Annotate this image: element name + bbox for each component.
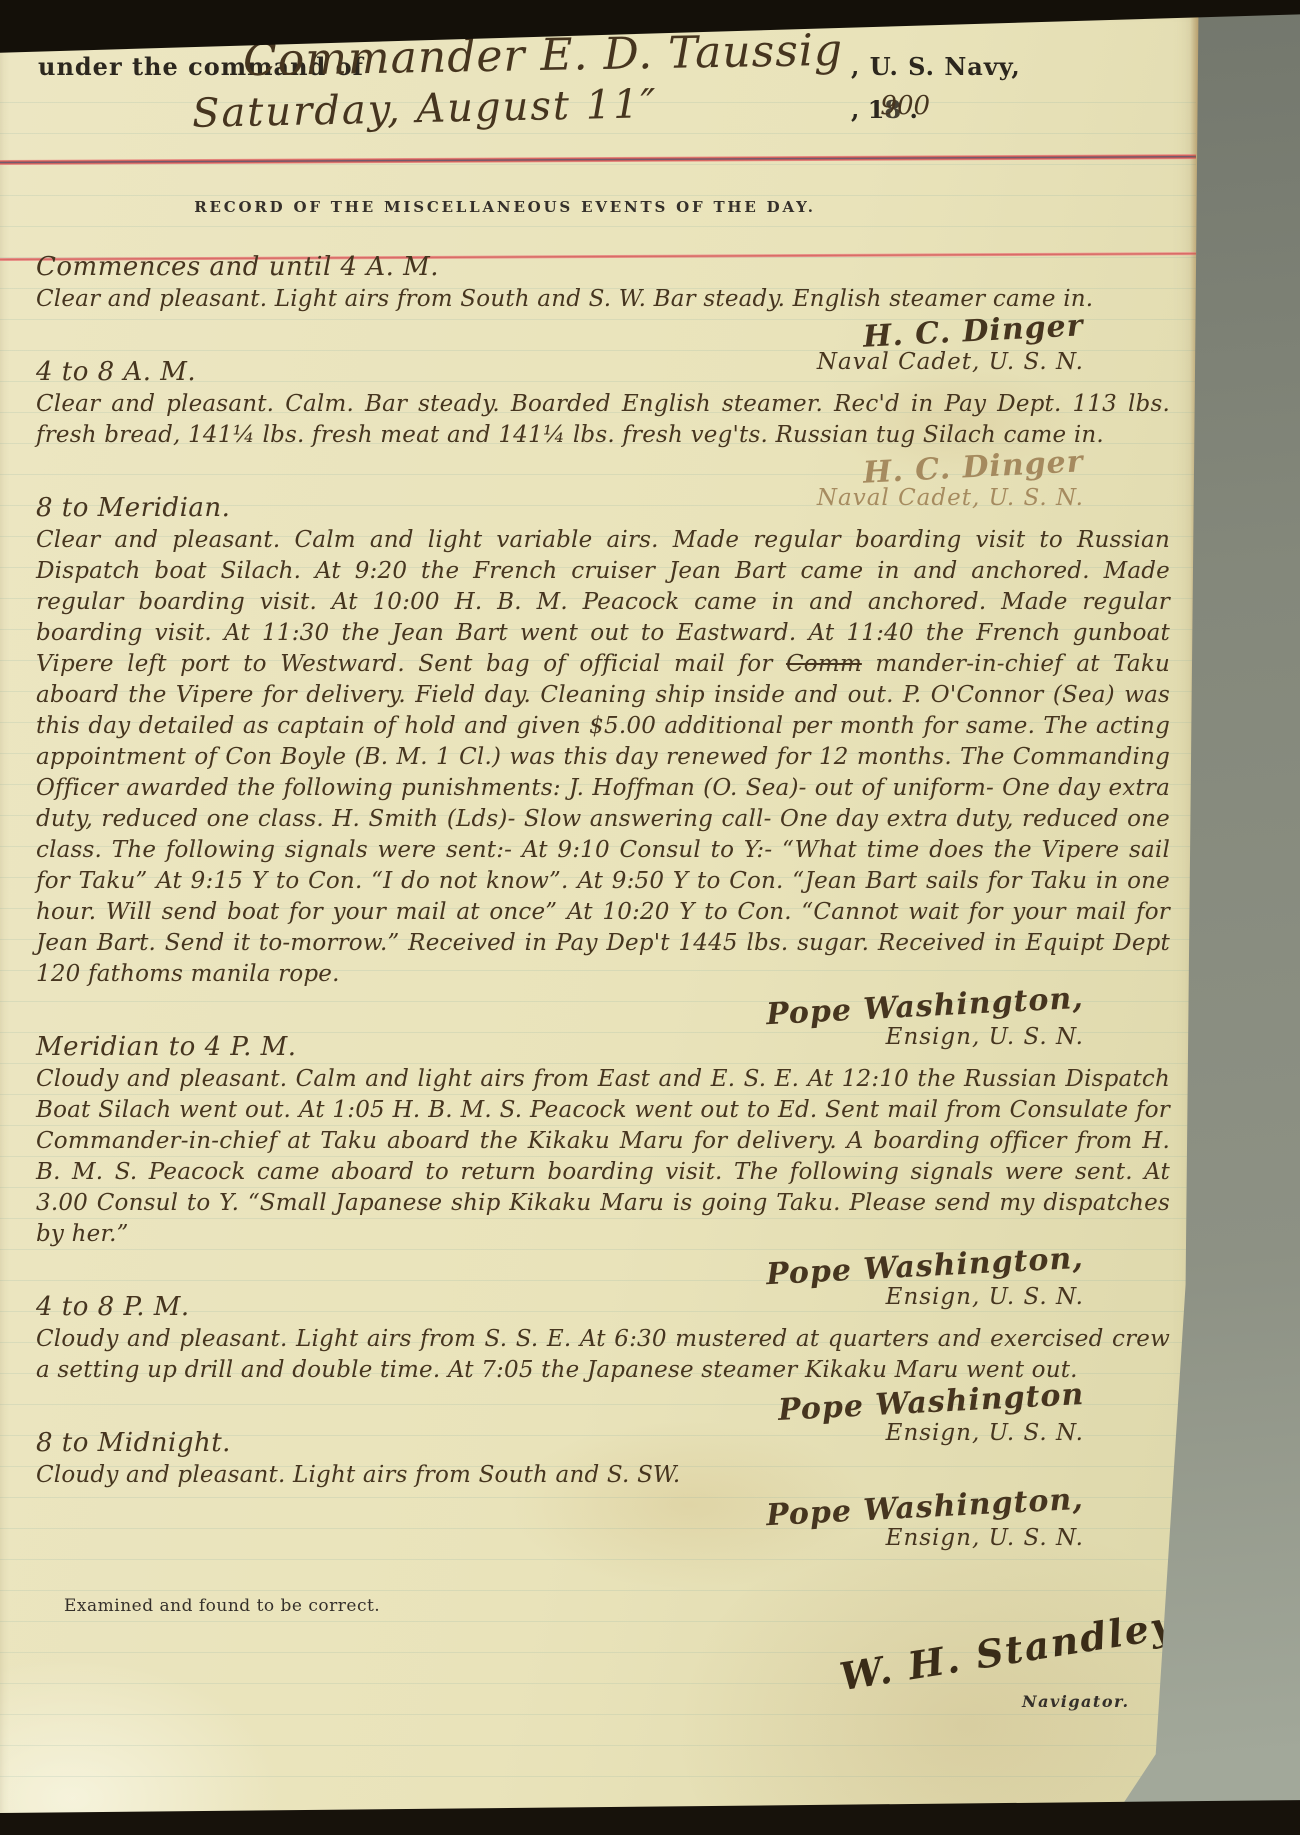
signature-title: Ensign, U. S. N.	[36, 1524, 1084, 1552]
entry-body: Clear and pleasant. Light airs from Sout…	[36, 284, 1170, 315]
navigator-title: Navigator.	[1022, 1692, 1130, 1711]
log-entry-4-to-8am: 4 to 8 A. M. Clear and pleasant. Calm. B…	[36, 355, 1170, 512]
year-field: , 18900 .	[851, 95, 918, 124]
log-entry-8-to-meridian: 8 to Meridian. Clear and pleasant. Calm …	[36, 491, 1170, 1051]
examined-statement: Examined and found to be correct.	[64, 1596, 380, 1616]
signature-block: H. C. Dinger Naval Cadet, U. S. N.	[36, 452, 1170, 512]
entry-body: Clear and pleasant. Calm. Bar steady. Bo…	[36, 389, 1170, 451]
printed-navy-suffix: , U. S. Navy,	[851, 52, 1021, 81]
record-title: RECORD OF THE MISCELLANEOUS EVENTS OF TH…	[0, 198, 1010, 216]
entry-body-text: mander-in-chief at Taku aboard the Viper…	[36, 651, 1170, 987]
entry-body: Cloudy and pleasant. Calm and light airs…	[36, 1064, 1170, 1250]
signature-title: Naval Cadet, U. S. N.	[36, 484, 1084, 512]
entry-heading: Commences and until 4 A. M.	[36, 250, 1170, 284]
entry-body: Clear and pleasant. Calm and light varia…	[36, 525, 1170, 990]
year-handwritten-overwrite: 900	[880, 91, 930, 121]
log-entry-meridian-to-4pm: Meridian to 4 P. M. Cloudy and pleasant.…	[36, 1030, 1170, 1311]
log-entry-4-to-8pm: 4 to 8 P. M. Cloudy and pleasant. Light …	[36, 1290, 1170, 1447]
handwritten-date: Saturday, August 11″	[192, 81, 658, 137]
signature-block: Pope Washington, Ensign, U. S. N.	[36, 1492, 1170, 1552]
log-entries: Commences and until 4 A. M. Clear and pl…	[36, 250, 1170, 1556]
entry-body: Cloudy and pleasant. Light airs from S. …	[36, 1324, 1170, 1386]
struck-out-word: Comm	[786, 651, 862, 677]
year-printed-prefix: , 1	[851, 95, 884, 124]
logbook-photo: { "header": { "command_prefix": "under t…	[0, 0, 1300, 1835]
